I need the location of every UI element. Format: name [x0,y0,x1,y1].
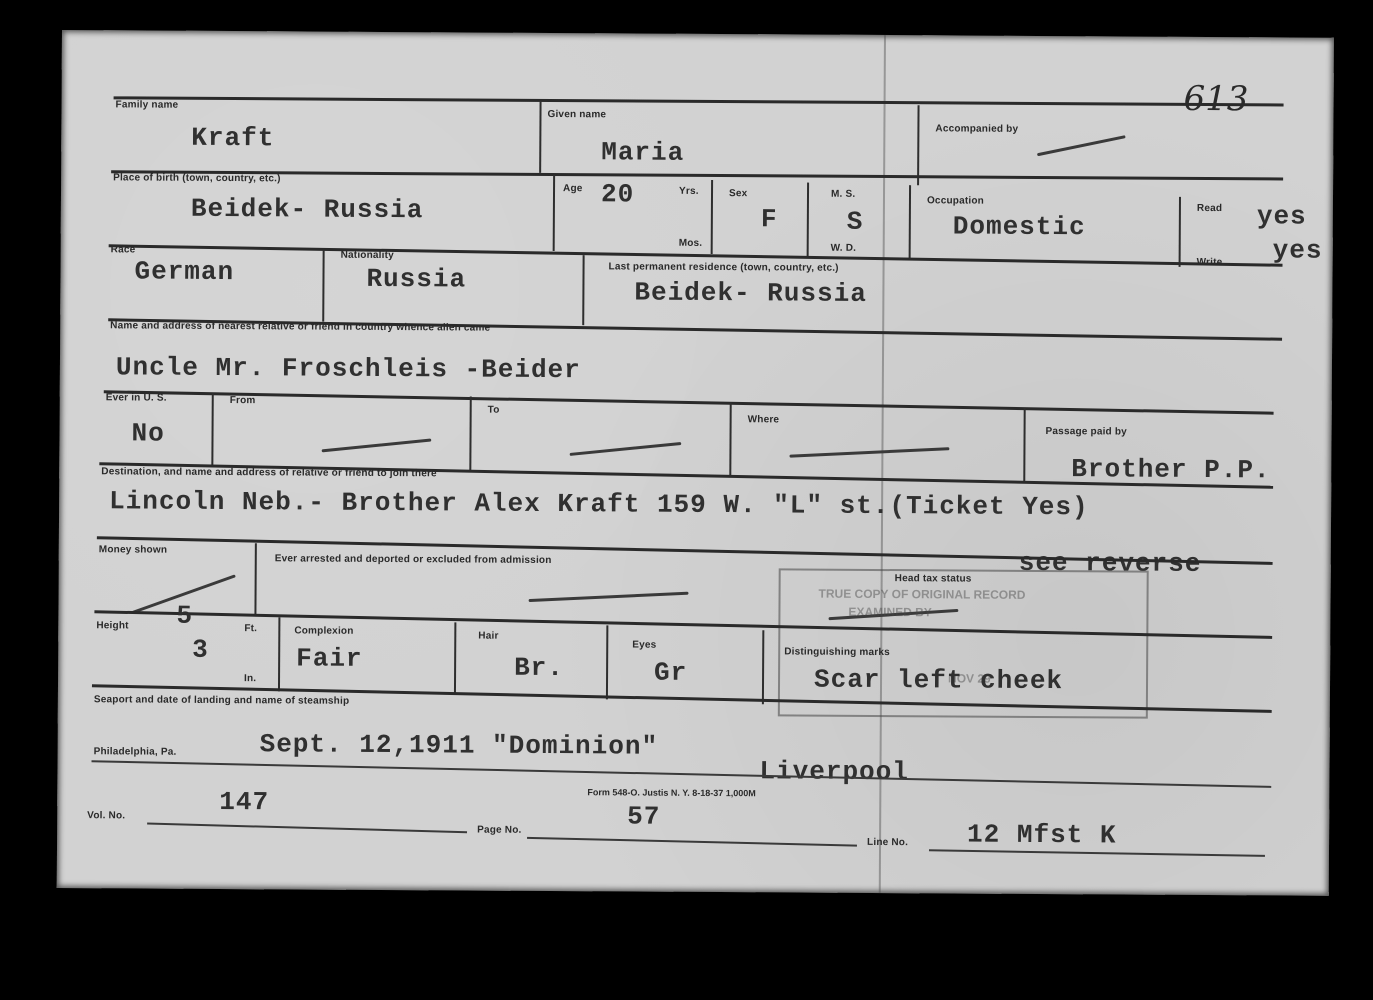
departure-port-value: Liverpool [759,756,909,787]
where-label: Where [748,414,780,425]
complexion-value: Fair [296,643,363,673]
last-residence-value: Beidek- Russia [634,278,867,309]
card-number: 613 [1183,79,1248,119]
distinguishing-marks-value: Scar left cheek [814,665,1063,697]
place-of-birth-value: Beidek- Russia [191,194,424,225]
page-number-value: 57 [627,801,660,831]
complexion-label: Complexion [294,625,353,636]
widowed-divorced-label: W. D. [831,243,857,254]
divider [1179,197,1181,267]
sex-value: F [761,204,778,234]
read-label: Read [1197,203,1222,214]
divider [91,760,1271,788]
volume-underline [147,823,467,834]
divider [322,250,324,322]
nationality-label: Nationality [341,250,394,261]
port-of-entry-label: Philadelphia, Pa. [94,746,177,758]
race-label: Race [111,244,136,255]
divider [762,630,764,704]
marital-status-value: S [847,207,864,237]
volume-number-label: Vol. No. [87,810,125,821]
page-number-label: Page No. [477,825,521,836]
alien-registration-card: 613 Family name Kraft Given name Maria A… [57,30,1334,896]
nearest-relative-label: Name and address of nearest relative or … [110,320,490,333]
divider [729,402,731,476]
line-number-value: 12 Mfst K [967,820,1117,851]
line-underline [929,849,1265,857]
blank-dash [322,439,432,453]
divider [104,390,1274,414]
destination-value: Lincoln Neb.- Brother Alex Kraft 159 W. … [109,486,1089,522]
family-name-value: Kraft [191,123,274,154]
divider [278,617,280,691]
divider [454,622,456,694]
divider [469,396,471,470]
sex-label: Sex [729,188,747,199]
hair-value: Br. [514,653,564,683]
blank-dash [789,447,949,457]
place-of-birth-label: Place of birth (town, country, etc.) [113,172,281,184]
divider [606,625,608,699]
landing-value: Sept. 12,1911 "Dominion" [260,729,659,761]
stamp-line-1: TRUE COPY OF ORIGINAL RECORD [819,585,1139,605]
family-name-label: Family name [116,99,179,110]
divider [114,96,1284,106]
passage-paid-by-value: Brother P.P. [1071,454,1270,485]
from-label: From [230,395,256,406]
given-name-label: Given name [547,109,606,120]
age-value: 20 [601,179,634,209]
divider [917,105,919,185]
ever-arrested-label: Ever arrested and deported or excluded f… [275,553,552,566]
divider [111,170,1283,180]
form-number-note: Form 548-O. Justis N. Y. 8-18-37 1,000M [587,787,755,798]
write-value: yes [1273,235,1323,265]
divider [539,101,541,173]
blank-dash [1037,135,1126,156]
ever-in-us-label: Ever in U. S. [106,392,167,403]
money-shown-label: Money shown [99,544,167,555]
accompanied-by-label: Accompanied by [935,123,1018,135]
divider [553,175,555,251]
nearest-relative-value: Uncle Mr. Froschleis -Beider [116,352,581,385]
seaport-label: Seaport and date of landing and name of … [94,694,349,707]
height-inches-value: 3 [192,635,209,665]
destination-label: Destination, and name and address of rel… [101,466,437,479]
age-label: Age [563,183,583,194]
divider [1023,408,1025,482]
passage-paid-by-label: Passage paid by [1046,426,1127,437]
to-label: To [488,405,500,416]
inches-label: In. [244,673,256,684]
read-value: yes [1257,201,1307,231]
volume-number-value: 147 [219,787,269,817]
page-underline [527,837,857,847]
divider [211,393,213,465]
stamp-line-2: EXAMINED BY [848,603,1138,623]
height-label: Height [96,620,128,631]
distinguishing-marks-label: Distinguishing marks [784,646,890,658]
height-feet-value: 5 [176,601,193,631]
marital-status-label: M. S. [831,189,855,200]
given-name-value: Maria [601,137,684,168]
divider [582,255,584,325]
certification-stamp: TRUE COPY OF ORIGINAL RECORD EXAMINED BY… [778,568,1149,718]
divider [254,543,256,615]
blank-dash [570,442,682,456]
blank-dash [529,592,689,602]
ever-in-us-value: No [131,418,164,448]
eyes-value: Gr [654,658,687,688]
feet-label: Ft. [244,623,257,634]
line-number-label: Line No. [867,837,908,848]
months-label: Mos. [679,238,703,249]
years-label: Yrs. [679,186,699,197]
occupation-value: Domestic [953,211,1086,242]
hair-label: Hair [478,631,498,642]
divider [807,183,809,257]
divider [711,180,713,254]
divider [909,185,911,259]
occupation-label: Occupation [927,195,984,206]
eyes-label: Eyes [632,639,656,650]
nationality-value: Russia [366,264,466,295]
race-value: German [134,256,234,287]
last-residence-label: Last permanent residence (town, country,… [609,261,839,273]
